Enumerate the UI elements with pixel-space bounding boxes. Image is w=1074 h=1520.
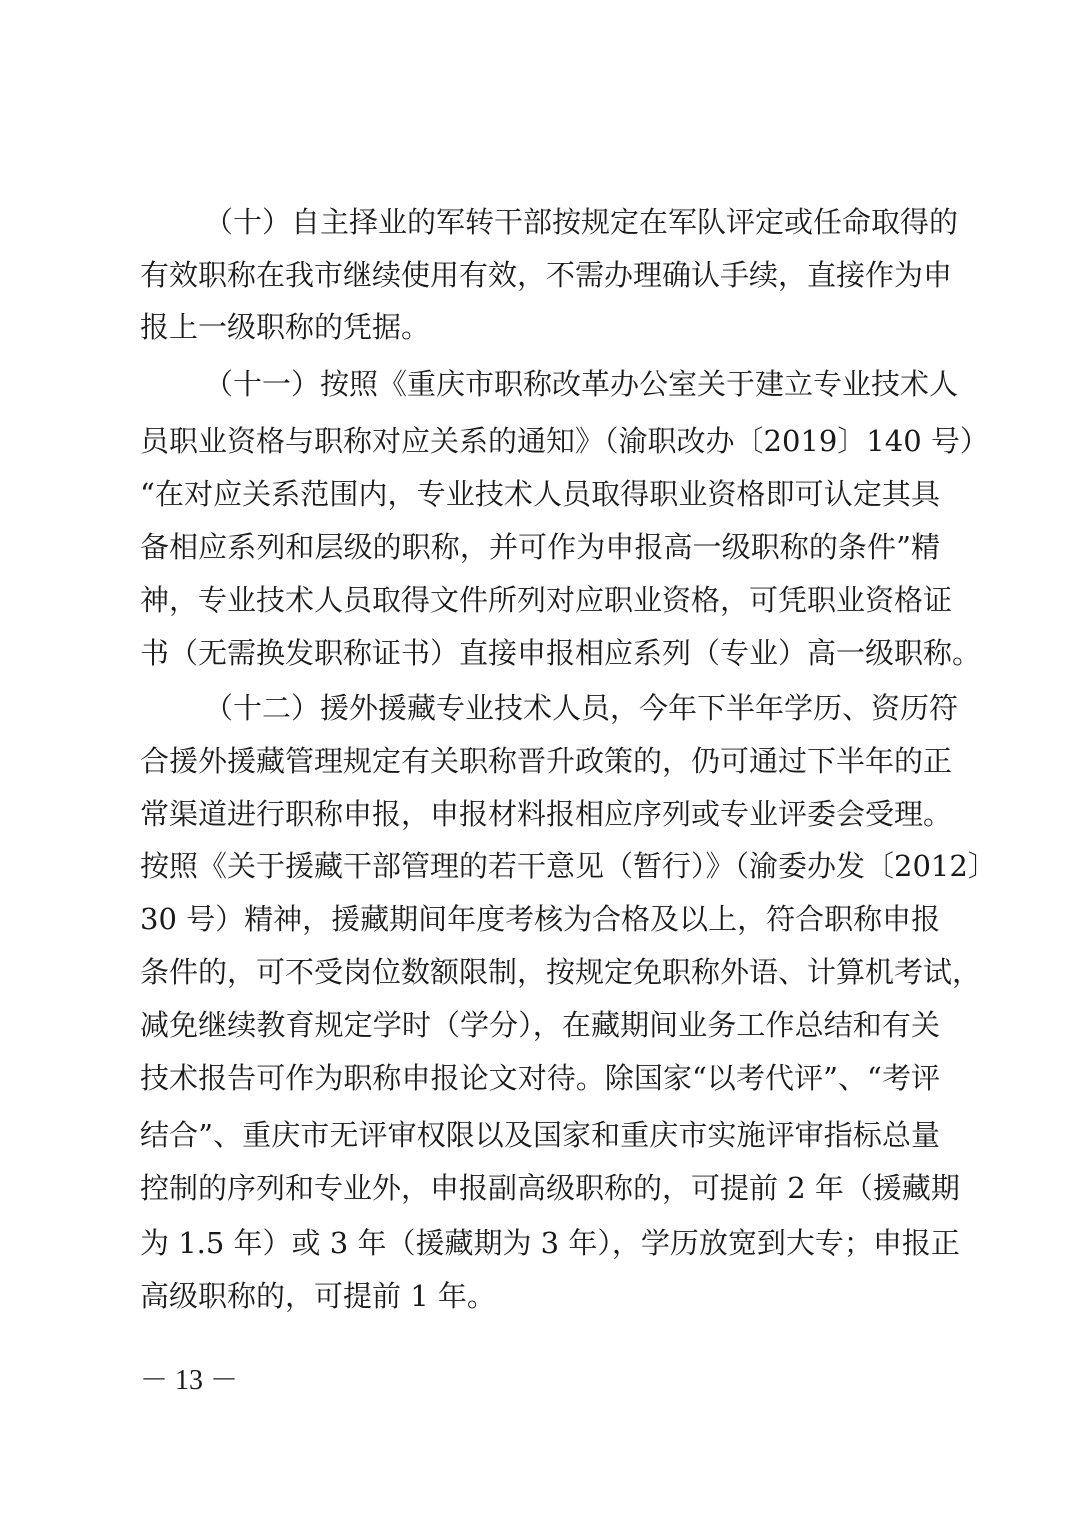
text-line: 备相应系列和层级的职称，并可作为申报高一级职称的条件”精 [140,529,940,565]
text-line: （十二）援外援藏专业技术人员，今年下半年学历、资历符 [204,690,940,726]
text-line: 报上一级职称的凭据。 [140,309,940,345]
text-line: 高级职称的，可提前 1 年。 [140,1278,940,1314]
text-line: 为 1.5 年）或 3 年（援藏期为 3 年），学历放宽到大专；申报正 [140,1225,940,1261]
text-line: 减免继续教育规定学时（学分），在藏期间业务工作总结和有关 [140,1007,940,1043]
page-number: － 13 － [140,1364,238,1398]
text-line: 按照《关于援藏干部管理的若干意见（暂行）》（渝委办发〔2012〕 [140,848,940,884]
text-line: 神，专业技术人员取得文件所列对应职业资格，可凭职业资格证 [140,582,940,618]
text-line: 常渠道进行职称申报，申报材料报相应序列或专业评委会受理。 [140,796,940,832]
text-line: 技术报告可作为职称申报论文对待。除国家“以考代评”、“考评 [140,1060,940,1096]
text-line: 员职业资格与职称对应关系的通知》（渝职改办〔2019〕140 号） [140,423,940,459]
text-line: （十）自主择业的军转干部按规定在军队评定或任命取得的 [204,204,940,240]
text-line: 控制的序列和专业外，申报副高级职称的，可提前 2 年（援藏期 [140,1170,940,1206]
text-line: “在对应关系范围内，专业技术人员取得职业资格即可认定其具 [140,476,940,512]
text-line: 条件的，可不受岗位数额限制，按规定免职称外语、计算机考试， [140,954,940,990]
text-line: 有效职称在我市继续使用有效，不需办理确认手续，直接作为申 [140,257,940,293]
text-line: 结合”、重庆市无评审权限以及国家和重庆市实施评审指标总量 [140,1117,940,1153]
document-page: （十）自主择业的军转干部按规定在军队评定或任命取得的 有效职称在我市继续使用有效… [0,0,1074,1520]
text-line: 合援外援藏管理规定有关职称晋升政策的，仍可通过下半年的正 [140,743,940,779]
text-line: （十一）按照《重庆市职称改革办公室关于建立专业技术人 [204,366,940,402]
text-line: 书（无需换发职称证书）直接申报相应系列（专业）高一级职称。 [140,635,940,671]
text-line: 30 号）精神，援藏期间年度考核为合格及以上，符合职称申报 [140,901,940,937]
